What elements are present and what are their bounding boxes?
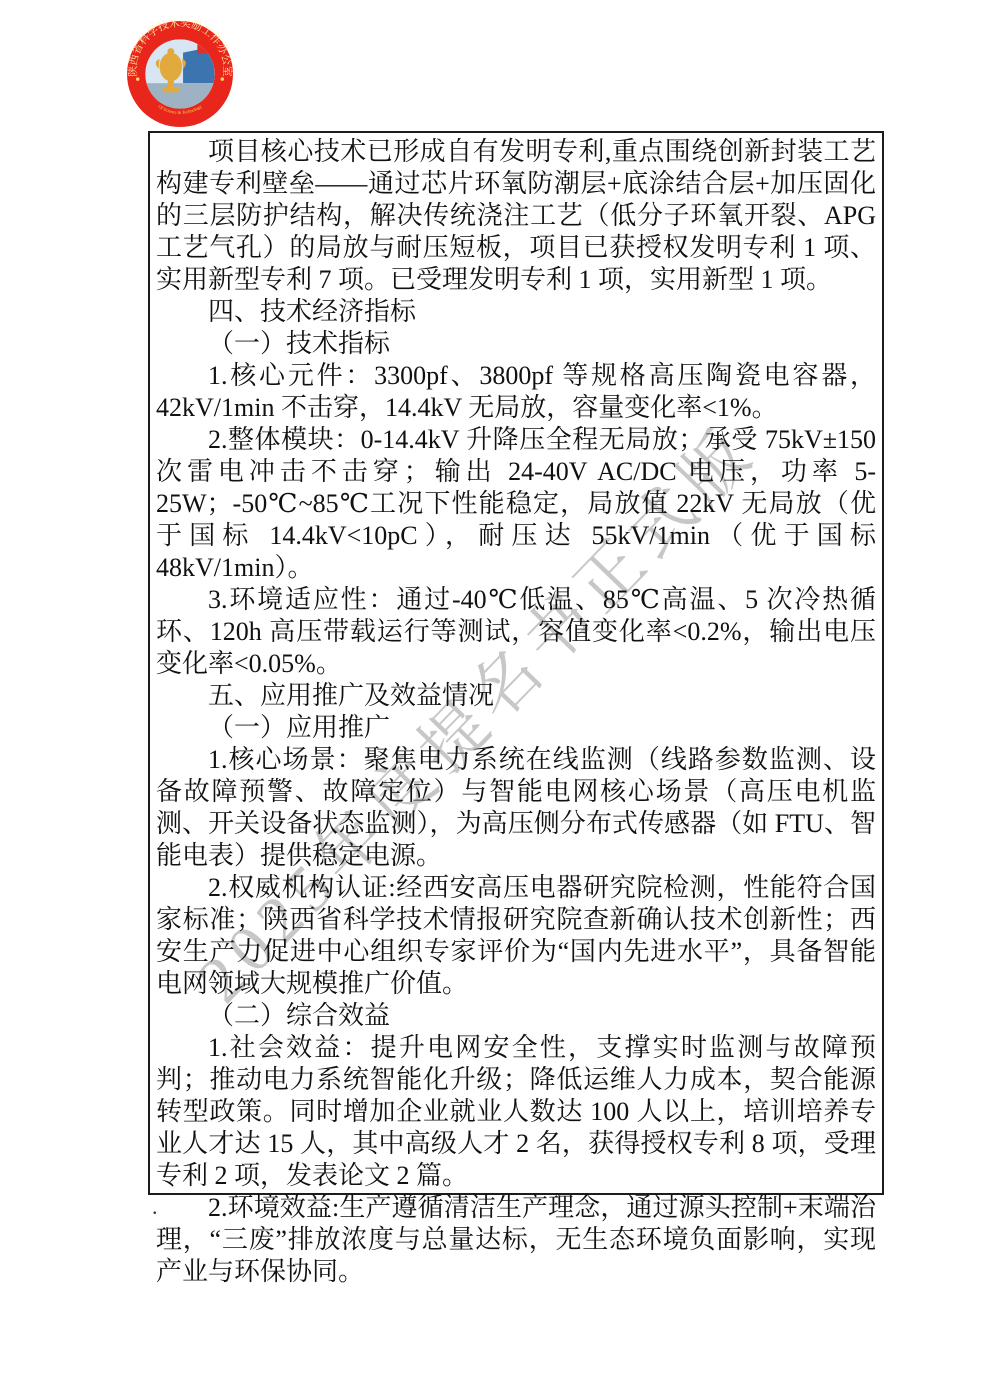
seal-photo: [145, 39, 214, 108]
paragraph: 五、应用推广及效益情况: [156, 680, 876, 712]
paragraph: （一）应用推广: [156, 712, 876, 744]
seal-graphic: 陕西省科学技术奖励工作办公室 Of Science & Technology: [126, 20, 234, 128]
paragraph: 2.权威机构认证:经西安高压电器研究院检测，性能符合国家标准；陕西省科学技术情报…: [156, 872, 876, 1000]
paragraph: 项目核心技术已形成自有发明专利,重点围绕创新封装工艺构建专利壁垒——通过芯片环氧…: [156, 136, 876, 296]
paragraph: 3.环境适应性：通过-40℃低温、85℃高温、5 次冷热循环、120h 高压带载…: [156, 584, 876, 680]
document-page: 陕西省科学技术奖励工作办公室 Of Science & Technology 2…: [0, 0, 990, 1399]
seal-left-star-icon: [136, 77, 139, 80]
paragraph: 1.核心元件：3300pf、3800pf 等规格高压陶瓷电容器，42kV/1mi…: [156, 360, 876, 424]
paragraph: 2.整体模块：0-14.4kV 升降压全程无局放；承受 75kV±150 次雷电…: [156, 424, 876, 584]
paragraph: 四、技术经济指标: [156, 296, 876, 328]
paragraph: （二）综合效益: [156, 1000, 876, 1032]
paragraph: 2.环境效益:生产遵循清洁生产理念，通过源头控制+末端治理，“三废”排放浓度与总…: [156, 1192, 876, 1288]
document-body: 项目核心技术已形成自有发明专利,重点围绕创新封装工艺构建专利壁垒——通过芯片环氧…: [156, 136, 876, 1288]
paragraph: （一）技术指标: [156, 328, 876, 360]
content-table-cell: 项目核心技术已形成自有发明专利,重点围绕创新封装工艺构建专利壁垒——通过芯片环氧…: [148, 131, 884, 1195]
award-office-seal-logo: 陕西省科学技术奖励工作办公室 Of Science & Technology: [126, 20, 234, 128]
paragraph: 1.核心场景：聚焦电力系统在线监测（线路参数监测、设备故障预警、故障定位）与智能…: [156, 744, 876, 872]
seal-right-star-icon: [221, 77, 224, 80]
paragraph: 1.社会效益：提升电网安全性，支撑实时监测与故障预判；推动电力系统智能化升级；降…: [156, 1032, 876, 1192]
stray-period-mark: .: [152, 1196, 158, 1218]
